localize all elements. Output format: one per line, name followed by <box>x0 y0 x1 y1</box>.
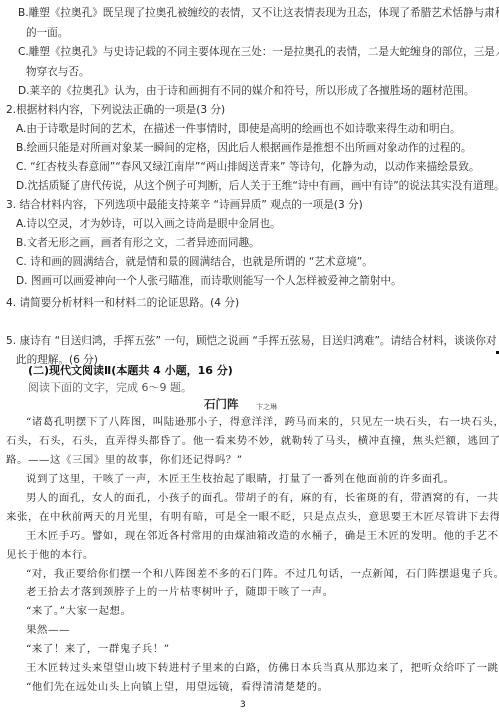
article-paragraph: 说到了这里，干咳了一声，木匠王生枝抬起了眼睛，打量了一番列在他面前的许多面孔。 <box>26 472 455 486</box>
q2-option-d: D.沈括质疑了唐代传说，从这个例子可判断，后人关于王维“诗中有画，画中有诗”的说… <box>16 179 499 193</box>
q2-option-b: B.绘画只能是对所画对象某一瞬间的定格，因此后人根据画作是推想不出所画对象动作的… <box>16 141 472 155</box>
article-paragraph: 王木匠转过头来望望山坡下转进村子里来的白路，仿佛日本兵当真从那边来了，把听众给吓… <box>26 661 499 675</box>
article-paragraph: “来了！来了，一群鬼子兵！” <box>26 642 170 656</box>
page-number: 3 <box>240 700 246 710</box>
q1-option-d: D.莱辛的《拉奥孔》认为，由于诗和画拥有不同的媒介和符号，所以形成了各擅胜场的题… <box>18 84 474 98</box>
q3-option-d: D. 图画可以画爱神向一个人张弓瞄准，而诗歌则能写一个人怎样被爱神之箭射中。 <box>16 274 402 288</box>
q2-option-c: C. “红杏枝头春意闹”“春风又绿江南岸”“两山排闼送青来” 等诗句，化静为动，… <box>16 160 480 174</box>
q3-option-c: C. 诗和画的圆满结合，就是情和景的圆满结合，也就是所谓的 “艺术意境”。 <box>16 255 373 269</box>
article-title: 石门阵 <box>204 397 239 411</box>
q1-option-c-line2: 物穿衣与否。 <box>26 65 90 79</box>
q3-option-a: A.诗以空灵，才为妙诗，可以入画之诗尚是眼中金屑也。 <box>16 217 281 231</box>
article-paragraph: “对，我正要给你们摆一个和八阵图差不多的石门阵。不过几句话，一点新闻，石门阵摆退… <box>26 567 499 581</box>
q2-option-a: A.由于诗歌是时间的艺术，在描述一件事情时，即使是高明的绘画也不如诗歌来得生动和… <box>16 122 461 136</box>
article-paragraph: “诸葛孔明摆下了八阵图，叫陆逊那小子，得意洋洋，跨马而来的，只见左一块石头，右一… <box>26 415 499 429</box>
article-paragraph: 果然—— <box>26 623 70 637</box>
article-paragraph: “来了。”大家一起想。 <box>26 604 132 618</box>
article-paragraph: 见长于他的本行。 <box>6 548 94 562</box>
article-paragraph: 老王拾去才落到颈脖子上的一片枯枣树叶子，随即干咳了一声。 <box>26 585 334 599</box>
q5-line1: 5. 康诗有 “目送归鸿，手挥五弦” 一句，顾恺之说画 “手挥五弦易，目送归鸿难… <box>6 334 496 348</box>
q1-option-b-line1: B.雕塑《拉奥孔》既呈现了拉奥孔被缠绞的表情，又不让这表情表现为丑态，体现了希腊… <box>18 6 499 20</box>
q1-option-b-line2: 的一面。 <box>26 26 68 40</box>
section2-heading: (二)现代文阅读Ⅱ(本题共 4 小题，16 分) <box>28 364 233 378</box>
q1-option-c-line1: C.雕塑《拉奥孔》与史诗记载的不同主要体现在三处：一是拉奥孔的表情，二是大蛇缠身… <box>18 45 499 59</box>
q2-stem: 2.根据材料内容，下列说法正确的一项是(3 分) <box>6 103 225 117</box>
article-paragraph: 王木匠手巧。譬如，现在邻近各村常用的由煤油箱改造的水桶子，确是王木匠的发明。他的… <box>26 529 499 543</box>
article-paragraph: 石头，石头，石头，直弄得头都昏了。他一看来势不妙，就勒转了马头，横冲直撞，焦头烂… <box>6 434 499 448</box>
article-paragraph: “他们先在远处山头上向镇上望，用望远镜，看得清清楚楚的。 <box>26 680 329 694</box>
article-paragraph: 来张，在中秋前两天的月光里，有明有暗，可是全一眼不眨，只是点点头，意思要王木匠尽… <box>6 510 499 524</box>
article-paragraph: 男人的面孔，女人的面孔，小孩子的面孔。带胡子的有，麻的有，长雀斑的有，带酒窝的有… <box>26 491 499 505</box>
q4-stem: 4. 请简要分析材料一和材料二的论证思路。(4 分) <box>6 296 239 310</box>
article-author: 卞之琳 <box>256 400 277 414</box>
section2-instruction: 阅读下面的文字，完成 6～9 题。 <box>28 381 192 395</box>
q3-stem: 3. 结合材料内容，下列选项中最能支持莱辛 “诗画异质” 观点的一项是(3 分) <box>6 198 363 212</box>
q3-option-b: B.文者无形之画，画者有形之文，二者异迹而同趣。 <box>16 236 260 250</box>
article-paragraph: 路。——这《三国》里的故事，你们还记得吗？” <box>6 453 243 467</box>
